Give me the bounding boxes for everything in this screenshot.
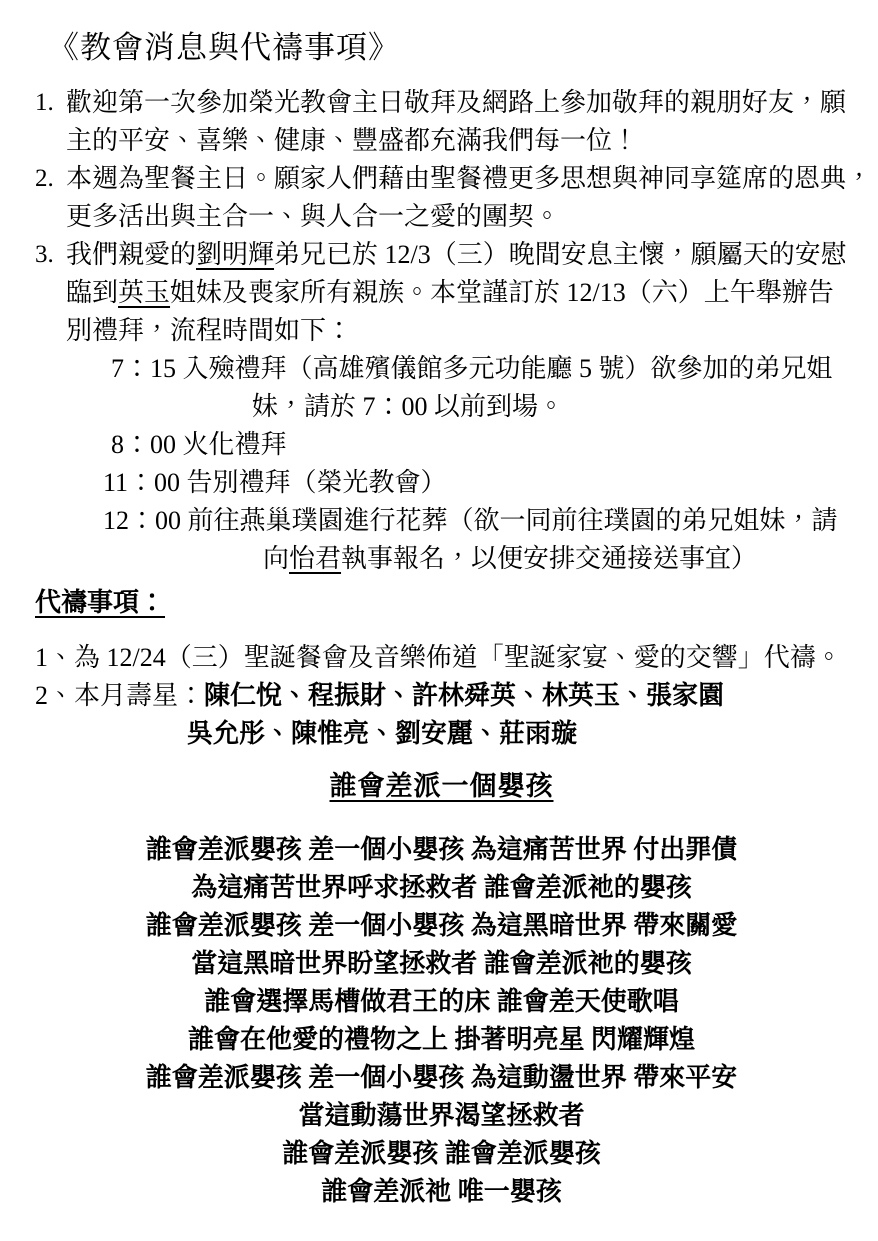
birthday-label: 2、本月壽星： [35,681,204,710]
text-segment: 向 [263,544,289,573]
schedule-line-1100: 11：00 告別禮拜（榮光教會） [103,464,847,502]
text-segment: 弟兄已於 12/3（三）晚間安息主懷，願屬天的安慰 [274,240,847,269]
deacon-name-underlined: 怡君 [289,544,341,573]
schedule-line-715-cont: 妹，請於 7：00 以前到場。 [252,388,847,426]
announcement-text: 歡迎第一次參加榮光教會主日敬拜及網路上參加敬拜的親朋好友，願 主的平安、喜樂、健… [66,84,846,160]
text-segment: 執事報名，以便安排交通接送事宜） [341,544,757,573]
announcement-line: 更多活出與主合一、與人合一之愛的團契。 [66,198,872,236]
song-section: 誰會差派一個嬰孩 誰會差派嬰孩 差一個小嬰孩 為這痛苦世界 付出罪債 為這痛苦世… [35,768,848,1211]
prayer-section: 代禱事項： 1、為 12/24（三）聖誕餐會及音樂佈道「聖誕家宴、愛的交響」代禱… [35,584,848,753]
announcement-text: 本週為聖餐主日。願家人們藉由聖餐禮更多思想與神同享筵席的恩典， 更多活出與主合一… [66,160,872,236]
prayer-item-1: 1、為 12/24（三）聖誕餐會及音樂佈道「聖誕家宴、愛的交響」代禱。 [35,639,848,677]
lyric-line: 當這動蕩世界渴望拯救者 [35,1097,848,1135]
announcement-line: 主的平安、喜樂、健康、豐盛都充滿我們每一位！ [66,122,846,160]
schedule-line-715: 7：15 入殮禮拜（高雄殯儀館多元功能廳 5 號）欲參加的弟兄姐 [111,350,847,388]
sister-name-underlined: 英玉 [118,278,170,307]
announcement-line: 我們親愛的劉明輝弟兄已於 12/3（三）晚間安息主懷，願屬天的安慰 [66,236,847,274]
announcement-item-2: 2. 本週為聖餐主日。願家人們藉由聖餐禮更多思想與神同享筵席的恩典， 更多活出與… [35,160,848,236]
item-number: 1. [35,84,66,122]
lyric-line: 誰會差派祂 唯一嬰孩 [35,1173,848,1211]
song-title-row: 誰會差派一個嬰孩 [35,768,848,831]
lyric-line: 誰會差派嬰孩 差一個小嬰孩 為這黑暗世界 帶來關愛 [35,907,848,945]
lyric-line: 誰會選擇馬槽做君王的床 誰會差天使歌唱 [35,983,848,1021]
announcement-item-1: 1. 歡迎第一次參加榮光教會主日敬拜及網路上參加敬拜的親朋好友，願 主的平安、喜… [35,84,848,160]
lyric-line: 誰會差派嬰孩 差一個小嬰孩 為這痛苦世界 付出罪債 [35,831,848,869]
lyric-line: 誰會差派嬰孩 差一個小嬰孩 為這動盪世界 帶來平安 [35,1059,848,1097]
song-title: 誰會差派一個嬰孩 [330,768,554,804]
birthday-names: 陳仁悅、程振財、許林舜英、林英玉、張家園 [204,681,724,710]
lyric-line: 當這黑暗世界盼望拯救者 誰會差派祂的嬰孩 [35,945,848,983]
announcement-line: 歡迎第一次參加榮光教會主日敬拜及網路上參加敬拜的親朋好友，願 [66,84,846,122]
page-title: 《教會消息與代禱事項》 [48,24,848,72]
announcement-list: 1. 歡迎第一次參加榮光教會主日敬拜及網路上參加敬拜的親朋好友，願 主的平安、喜… [35,84,848,578]
prayer-item-2: 2、本月壽星：陳仁悅、程振財、許林舜英、林英玉、張家園 [35,677,848,715]
announcement-text: 我們親愛的劉明輝弟兄已於 12/3（三）晚間安息主懷，願屬天的安慰 臨到英玉姐妹… [66,236,847,578]
schedule-line-800: 8：00 火化禮拜 [111,426,847,464]
prayer-heading: 代禱事項： [35,584,848,622]
prayer-heading-text: 代禱事項： [35,588,165,617]
birthday-names-line2: 吳允彤、陳惟亮、劉安麗、莊雨璇 [187,715,848,753]
item-number: 2. [35,160,66,198]
text-segment: 臨到 [66,278,118,307]
announcement-line: 臨到英玉姐妹及喪家所有親族。本堂謹訂於 12/13（六）上午舉辦告 [66,274,847,312]
document-page: 《教會消息與代禱事項》 1. 歡迎第一次參加榮光教會主日敬拜及網路上參加敬拜的親… [0,0,878,1241]
announcement-item-3: 3. 我們親愛的劉明輝弟兄已於 12/3（三）晚間安息主懷，願屬天的安慰 臨到英… [35,236,848,578]
funeral-schedule: 7：15 入殮禮拜（高雄殯儀館多元功能廳 5 號）欲參加的弟兄姐 妹，請於 7：… [66,350,847,578]
item-number: 3. [35,236,66,274]
schedule-line-1200-cont: 向怡君執事報名，以便安排交通接送事宜） [263,540,847,578]
lyric-line: 誰會在他愛的禮物之上 掛著明亮星 閃耀輝煌 [35,1021,848,1059]
text-segment: 姐妹及喪家所有親族。本堂謹訂於 12/13（六）上午舉辦告 [170,278,834,307]
announcement-line: 別禮拜，流程時間如下： [66,312,847,350]
announcement-line: 本週為聖餐主日。願家人們藉由聖餐禮更多思想與神同享筵席的恩典， [66,160,872,198]
text-segment: 我們親愛的 [66,240,196,269]
deceased-name-underlined: 劉明輝 [196,240,274,269]
lyric-line: 誰會差派嬰孩 誰會差派嬰孩 [35,1135,848,1173]
schedule-line-1200: 12：00 前往燕巢璞園進行花葬（欲一同前往璞園的弟兄姐妹，請 [103,502,847,540]
lyric-line: 為這痛苦世界呼求拯救者 誰會差派祂的嬰孩 [35,869,848,907]
